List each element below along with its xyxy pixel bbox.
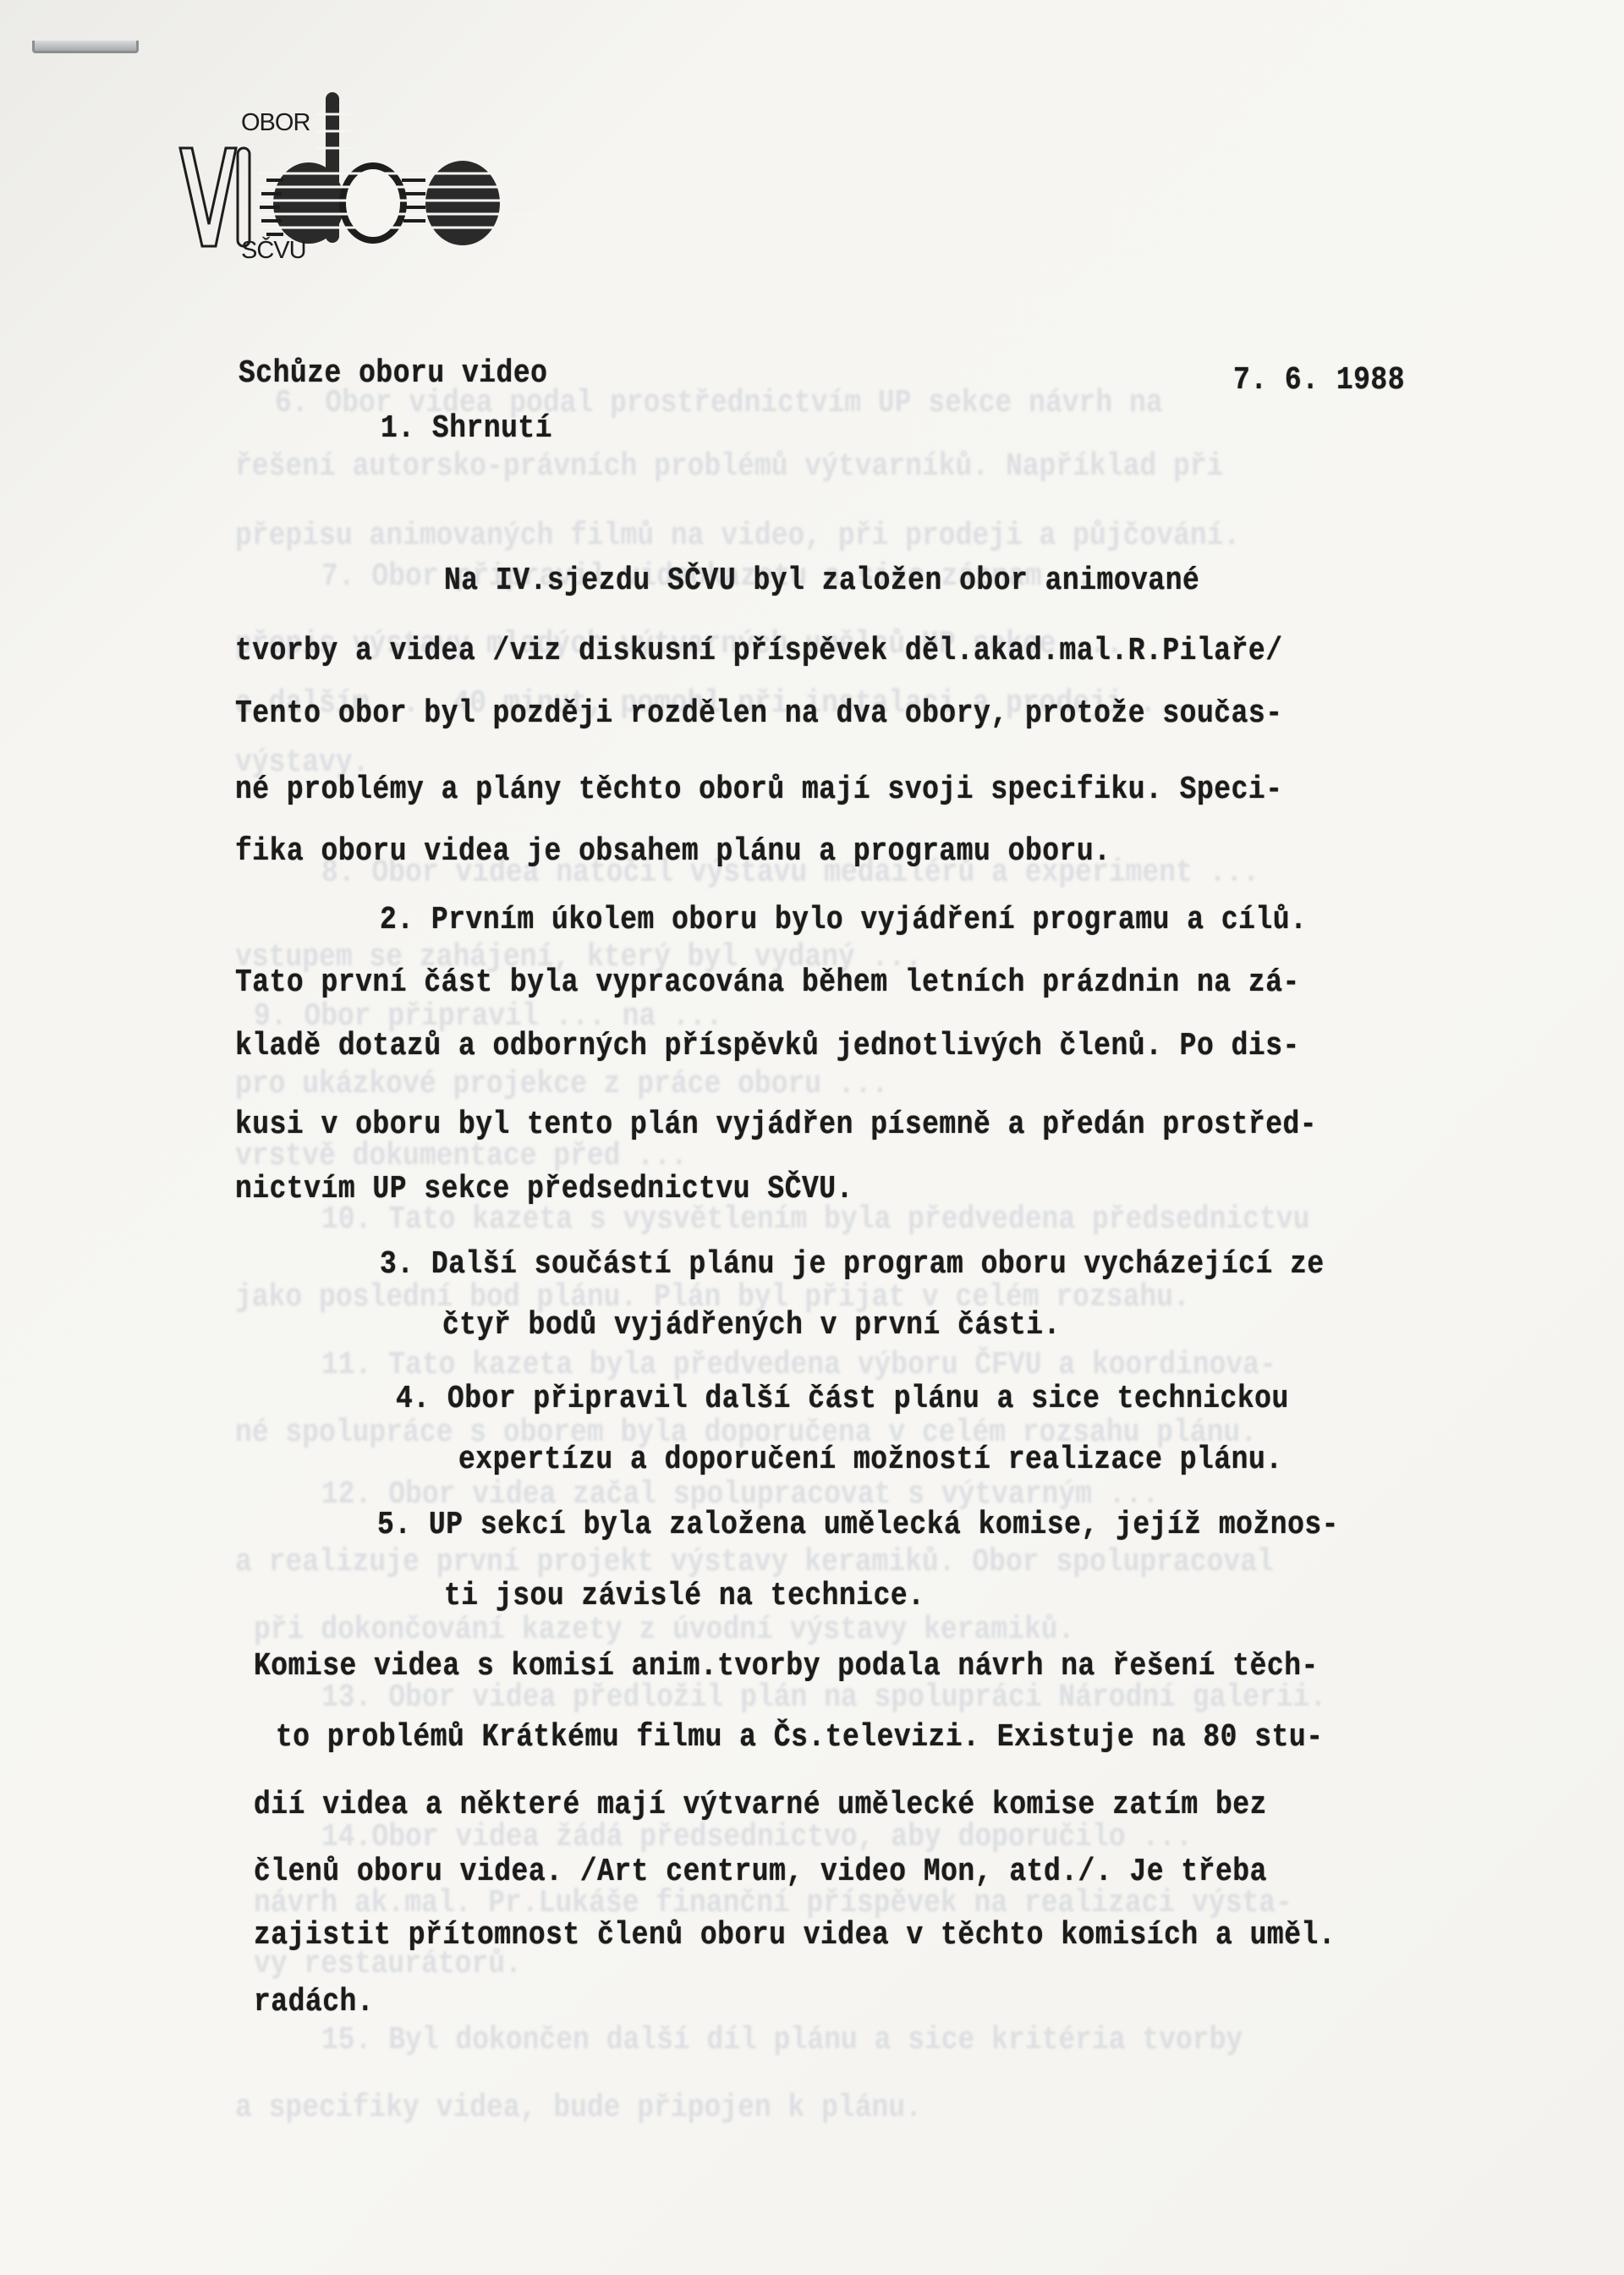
body-line: 4. Obor připravil další část plánu a sic… bbox=[396, 1381, 1289, 1417]
bleed-line: 14.Obor videa žádá předsednictvo, aby do… bbox=[321, 1819, 1193, 1855]
bleed-line: vrstvě dokumentace před ... bbox=[235, 1138, 688, 1174]
bleed-line: 13. Obor videa předložil plán na spolupr… bbox=[321, 1679, 1326, 1716]
body-line: ti jsou závislé na technice. bbox=[444, 1578, 925, 1614]
body-line: 2. Prvním úkolem oboru bylo vyjádření pr… bbox=[380, 902, 1307, 938]
document-date: 7. 6. 1988 bbox=[1233, 362, 1405, 398]
body-line: členů oboru videa. /Art centrum, video M… bbox=[254, 1854, 1267, 1890]
body-line: kladě dotazů a odborných příspěvků jedno… bbox=[235, 1028, 1300, 1064]
body-line: Tato první část byla vypracována během l… bbox=[235, 964, 1300, 1001]
body-line: kusi v oboru byl tento plán vyjádřen pís… bbox=[235, 1107, 1317, 1143]
document-title: Schůze oboru video bbox=[239, 355, 547, 392]
section-heading: 1. Shrnutí bbox=[381, 410, 552, 447]
body-line: nictvím UP sekce předsednictvu SČVU. bbox=[235, 1171, 853, 1207]
body-line: 3. Další součástí plánu je program oboru… bbox=[380, 1246, 1325, 1283]
body-line: radách. bbox=[254, 1984, 374, 2020]
body-line: fika oboru videa je obsahem plánu a prog… bbox=[235, 833, 1111, 870]
staple bbox=[32, 41, 139, 53]
logo-scvu-text: SČVU bbox=[241, 237, 306, 265]
body-line: expertízu a doporučení možností realizac… bbox=[458, 1442, 1283, 1478]
body-line: Komise videa s komisí anim.tvorby podala… bbox=[254, 1648, 1319, 1684]
bleed-line: pro ukázkové projekce z práce oboru ... bbox=[235, 1066, 888, 1102]
body-line: Tento obor byl později rozdělen na dva o… bbox=[235, 695, 1283, 732]
bleed-line: řešení autorsko-právních problémů výtvar… bbox=[235, 448, 1223, 485]
body-line: tvorby a videa /viz diskusní příspěvek d… bbox=[235, 633, 1283, 669]
document-page: 6. Obor videa podal prostřednictvím UP s… bbox=[0, 0, 1624, 2275]
body-line: čtyř bodů vyjádřených v první části. bbox=[442, 1307, 1061, 1344]
body-line: to problémů Krátkému filmu a Čs.televizi… bbox=[276, 1719, 1324, 1756]
body-line: 5. UP sekcí byla založena umělecká komis… bbox=[377, 1507, 1339, 1543]
body-line: Na IV.sjezdu SČVU byl založen obor animo… bbox=[444, 563, 1199, 599]
bleed-line: přepisu animovaných filmů na video, při … bbox=[235, 518, 1240, 554]
bleed-line: při dokončování kazety z úvodní výstavy … bbox=[254, 1612, 1074, 1648]
bleed-line: a specifiky videa, bude připojen k plánu… bbox=[235, 2090, 922, 2126]
body-line: zajistit přítomnost členů oboru videa v … bbox=[254, 1917, 1336, 1954]
bleed-line: a realizuje první projekt výstavy kerami… bbox=[235, 1544, 1274, 1580]
bleed-line: 15. Byl dokončen další díl plánu a sice … bbox=[321, 2022, 1243, 2058]
obor-video-logo: OBOR bbox=[173, 89, 537, 271]
body-line: dií videa a některé mají výtvarné umělec… bbox=[254, 1787, 1267, 1823]
bleed-line: 11. Tato kazeta byla předvedena výboru Č… bbox=[321, 1347, 1276, 1383]
body-line: né problémy a plány těchto oborů mají sv… bbox=[235, 772, 1283, 808]
bleed-line: návrh ak.mal. Pr.Lukáše finanční příspěv… bbox=[254, 1885, 1292, 1921]
logo-video-wordmark bbox=[173, 89, 537, 271]
